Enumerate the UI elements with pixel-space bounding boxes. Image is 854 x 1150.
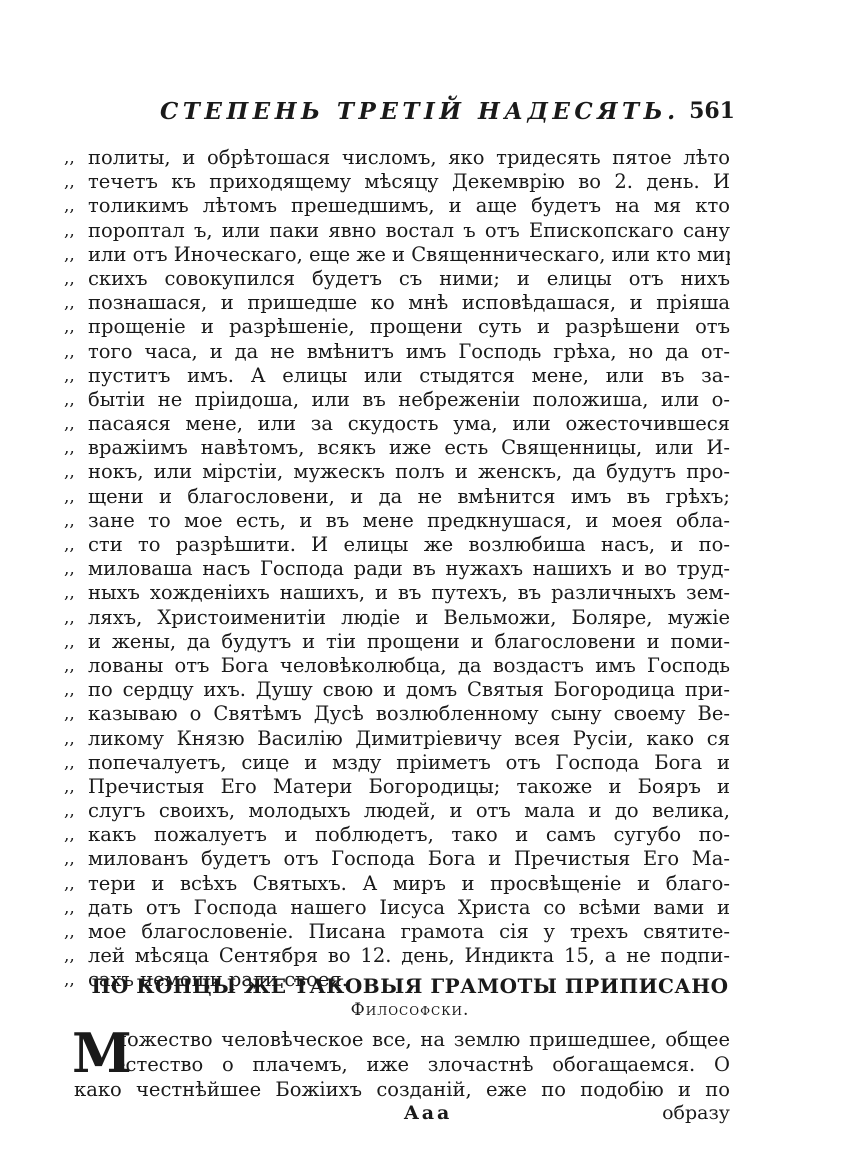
text-line: ,,нокъ, или мірстіи, мужескъ полъ и женс… (64, 460, 730, 484)
text-line: ,,миловаша насъ Господа ради въ нужахъ н… (64, 557, 730, 581)
quote-mark: ,, (64, 533, 88, 557)
text-line: ,,политы, и обрѣтошася числомъ, яко трид… (64, 146, 730, 170)
page-footer: Aaa образу (74, 1102, 730, 1128)
line-text: течетъ къ приходящему мѣсяцу Декемврію в… (88, 170, 730, 194)
text-line: ,,лей мѣсяца Сентября во 12. день, Индик… (64, 944, 730, 968)
quoted-text-block: ,,политы, и обрѣтошася числомъ, яко трид… (64, 146, 730, 993)
quote-mark: ,, (64, 751, 88, 775)
quote-mark: ,, (64, 654, 88, 678)
text-line: ,,течетъ къ приходящему мѣсяцу Декемврію… (64, 170, 730, 194)
quote-mark: ,, (64, 581, 88, 605)
quote-mark: ,, (64, 243, 88, 267)
text-line: ,,ликому Князю Василію Димитріевичу всея… (64, 727, 730, 751)
text-line: ,,лованы отъ Бога человѣколюбца, да возд… (64, 654, 730, 678)
line-text: Пречистыя Его Матери Богородицы; такоже … (88, 775, 730, 799)
quote-mark: ,, (64, 920, 88, 944)
quote-mark: ,, (64, 896, 88, 920)
quote-mark: ,, (64, 194, 88, 218)
text-line: ,,познашася, и пришедше ко мнѣ исповѣдаш… (64, 291, 730, 315)
quote-mark: ,, (64, 823, 88, 847)
drop-cap-initial: М (72, 1029, 132, 1077)
text-line: ,,ныхъ хожденіихъ нашихъ, и въ путехъ, в… (64, 581, 730, 605)
quote-mark: ,, (64, 944, 88, 968)
quote-mark: ,, (64, 412, 88, 436)
text-line: ,,пасаяся мене, или за скудость ума, или… (64, 412, 730, 436)
quote-mark: ,, (64, 146, 88, 170)
text-line: ,,пороптал ъ, или паки явно востал ъ отъ… (64, 219, 730, 243)
line-text: дать отъ Господа нашего Іисуса Христа со… (88, 896, 730, 920)
quote-mark: ,, (64, 170, 88, 194)
paragraph-line: естество о плачемъ, иже злочастнѣ обогащ… (74, 1052, 730, 1077)
line-text: лованы отъ Бога человѣколюбца, да воздас… (88, 654, 730, 678)
line-text: зане то мое есть, и въ мене предкнушася,… (88, 509, 730, 533)
line-text: скихъ совокупился будетъ съ ними; и елиц… (88, 267, 730, 291)
line-text: бытіи не пріидоша, или въ небреженіи пол… (88, 388, 730, 412)
line-text: нокъ, или мірстіи, мужескъ полъ и женскъ… (88, 460, 730, 484)
text-line: ,,дать отъ Господа нашего Іисуса Христа … (64, 896, 730, 920)
line-text: какъ пожалуетъ и поблюдетъ, тако и самъ … (88, 823, 730, 847)
text-line: ,,слугъ своихъ, молодыхъ людей, и отъ ма… (64, 799, 730, 823)
quote-mark: ,, (64, 968, 88, 992)
line-text: или отъ Иноческаго, еще же и Священничес… (88, 243, 730, 267)
line-text: миловаша насъ Господа ради въ нужахъ наш… (88, 557, 730, 581)
text-line: ,,казываю о Святѣмъ Дусѣ возлюбленному с… (64, 702, 730, 726)
quote-mark: ,, (64, 678, 88, 702)
text-line: ,,какъ пожалуетъ и поблюдетъ, тако и сам… (64, 823, 730, 847)
text-line: ,,того часа, и да не вмѣнитъ имъ Господь… (64, 340, 730, 364)
text-line: ,,зане то мое есть, и въ мене предкнушас… (64, 509, 730, 533)
text-line: ,,ляхъ, Христоименитіи людіе и Вельможи,… (64, 606, 730, 630)
line-text: пороптал ъ, или паки явно востал ъ отъ Е… (88, 219, 730, 243)
catchword: образу (662, 1102, 730, 1124)
line-text: ликому Князю Василію Димитріевичу всея Р… (88, 727, 730, 751)
quote-mark: ,, (64, 872, 88, 896)
text-line: ,,или отъ Иноческаго, еще же и Священнич… (64, 243, 730, 267)
text-line: ,,прощеніе и разрѣшеніе, прощени суть и … (64, 315, 730, 339)
quote-mark: ,, (64, 436, 88, 460)
text-line: ,,сти то разрѣшити. И елицы же возлюбиша… (64, 533, 730, 557)
quote-mark: ,, (64, 485, 88, 509)
text-line: ,,пуститъ имъ. А елицы или стыдятся мене… (64, 364, 730, 388)
quote-mark: ,, (64, 315, 88, 339)
paragraph: М ножество человѣческое все, на землю пр… (74, 1027, 730, 1102)
quote-mark: ,, (64, 509, 88, 533)
quote-mark: ,, (64, 219, 88, 243)
line-text: пасаяся мене, или за скудость ума, или о… (88, 412, 730, 436)
text-line: ,,мое благословеніе. Писана грамота сія … (64, 920, 730, 944)
line-text: мое благословеніе. Писана грамота сія у … (88, 920, 730, 944)
line-text: пуститъ имъ. А елицы или стыдятся мене, … (88, 364, 730, 388)
quote-mark: ,, (64, 847, 88, 871)
text-line: ,,скихъ совокупился будетъ съ ними; и ел… (64, 267, 730, 291)
quote-mark: ,, (64, 388, 88, 412)
text-line: ,,щени и благословени, и да не вмѣнится … (64, 485, 730, 509)
section-heading: ПО КОНЦЫ ЖЕ ТАКОВЫЯ ГРАМОТЫ ПРИПИСАНО (90, 974, 730, 998)
section-subheading: Философски. (90, 1000, 730, 1020)
line-text: щени и благословени, и да не вмѣнится им… (88, 485, 730, 509)
line-text: политы, и обрѣтошася числомъ, яко тридес… (88, 146, 730, 170)
paragraph-line: ножество человѣческое все, на землю приш… (74, 1027, 730, 1052)
running-head: СТЕПЕНЬ ТРЕТІЙ НАДЕСЯТЬ. 561 (160, 98, 735, 128)
text-line: ,,попечалуетъ, сице и мзду пріиметъ отъ … (64, 751, 730, 775)
quote-mark: ,, (64, 799, 88, 823)
line-text: вражіимъ навѣтомъ, всякъ иже есть Священ… (88, 436, 730, 460)
line-text: прощеніе и разрѣшеніе, прощени суть и ра… (88, 315, 730, 339)
quote-mark: ,, (64, 291, 88, 315)
line-text: по сердцу ихъ. Душу свою и домъ Святыя Б… (88, 678, 730, 702)
line-text: ляхъ, Христоименитіи людіе и Вельможи, Б… (88, 606, 730, 630)
text-line: ,,вражіимъ навѣтомъ, всякъ иже есть Свящ… (64, 436, 730, 460)
quote-mark: ,, (64, 630, 88, 654)
line-text: ныхъ хожденіихъ нашихъ, и въ путехъ, въ … (88, 581, 730, 605)
line-text: тери и всѣхъ Святыхъ. А миръ и просвѣщен… (88, 872, 730, 896)
line-text: казываю о Святѣмъ Дусѣ возлюбленному сын… (88, 702, 730, 726)
quote-mark: ,, (64, 364, 88, 388)
page-number: 561 (689, 98, 735, 124)
text-line: ,,Пречистыя Его Матери Богородицы; також… (64, 775, 730, 799)
text-line: ,,по сердцу ихъ. Душу свою и домъ Святыя… (64, 678, 730, 702)
running-title: СТЕПЕНЬ ТРЕТІЙ НАДЕСЯТЬ. (160, 98, 680, 125)
text-line: ,,бытіи не пріидоша, или въ небреженіи п… (64, 388, 730, 412)
line-text: лей мѣсяца Сентября во 12. день, Индикта… (88, 944, 730, 968)
quote-mark: ,, (64, 727, 88, 751)
line-text: милованъ будетъ отъ Господа Бога и Пречи… (88, 847, 730, 871)
quote-mark: ,, (64, 340, 88, 364)
text-line: ,,и жены, да будутъ и тіи прощени и благ… (64, 630, 730, 654)
quote-mark: ,, (64, 460, 88, 484)
signature-mark: Aaa (404, 1102, 452, 1124)
line-text: познашася, и пришедше ко мнѣ исповѣдашас… (88, 291, 730, 315)
line-text: того часа, и да не вмѣнитъ имъ Господь г… (88, 340, 730, 364)
text-line: ,,толикимъ лѣтомъ прешедшимъ, и аще буде… (64, 194, 730, 218)
quote-mark: ,, (64, 702, 88, 726)
paragraph-line: како честнѣйшее Божіихъ созданій, еже по… (74, 1077, 730, 1102)
line-text: сти то разрѣшити. И елицы же возлюбиша н… (88, 533, 730, 557)
quote-mark: ,, (64, 606, 88, 630)
quote-mark: ,, (64, 557, 88, 581)
text-line: ,,милованъ будетъ отъ Господа Бога и Пре… (64, 847, 730, 871)
text-line: ,,тери и всѣхъ Святыхъ. А миръ и просвѣщ… (64, 872, 730, 896)
line-text: толикимъ лѣтомъ прешедшимъ, и аще будетъ… (88, 194, 730, 218)
line-text: и жены, да будутъ и тіи прощени и благос… (88, 630, 730, 654)
quote-mark: ,, (64, 775, 88, 799)
quote-mark: ,, (64, 267, 88, 291)
line-text: слугъ своихъ, молодыхъ людей, и отъ мала… (88, 799, 730, 823)
line-text: попечалуетъ, сице и мзду пріиметъ отъ Го… (88, 751, 730, 775)
